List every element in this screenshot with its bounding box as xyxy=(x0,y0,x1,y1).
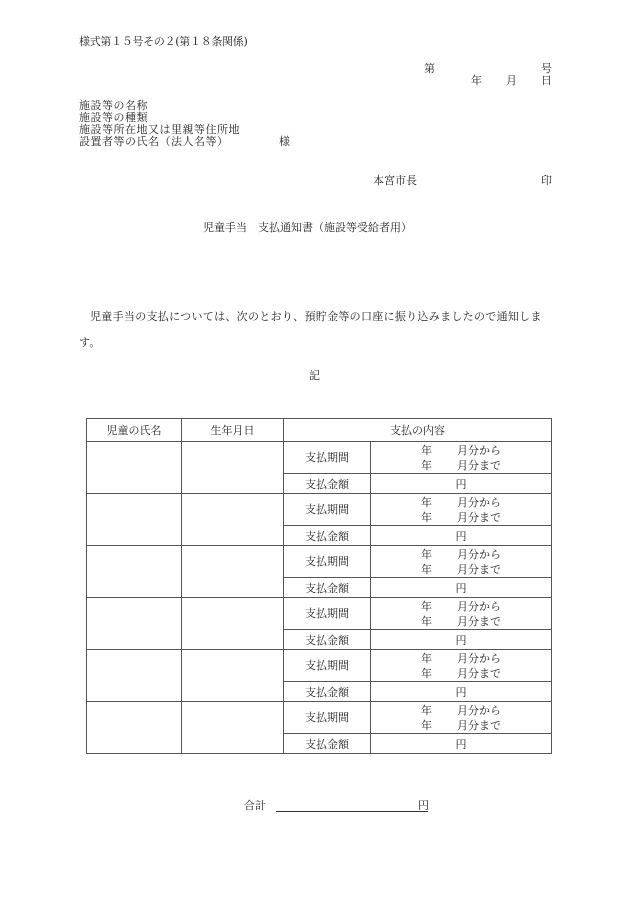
period-label: 支払期間 xyxy=(284,598,371,630)
period-from-month: 月分から xyxy=(457,652,501,665)
period-from-year: 年 xyxy=(421,547,457,562)
period-value-cell[interactable]: 年月分から年月分まで xyxy=(371,598,552,630)
header-birth-date: 生年月日 xyxy=(182,419,284,442)
period-label: 支払期間 xyxy=(284,442,371,474)
date-month: 月 xyxy=(506,75,517,86)
period-value-cell[interactable]: 年月分から年月分まで xyxy=(371,442,552,474)
period-label: 支払期間 xyxy=(284,494,371,526)
amount-value-cell[interactable]: 円 xyxy=(371,526,552,546)
period-to-year: 年 xyxy=(421,458,457,473)
form-number: 様式第１５号その２(第１８条関係) xyxy=(79,36,247,47)
child-name-cell[interactable] xyxy=(87,494,182,546)
period-to-month: 月分まで xyxy=(457,615,501,628)
total-amount-field[interactable] xyxy=(276,811,428,812)
period-label: 支払期間 xyxy=(284,702,371,734)
period-from-month: 月分から xyxy=(457,496,501,509)
amount-label: 支払金額 xyxy=(284,682,371,702)
child-name-cell[interactable] xyxy=(87,442,182,494)
table-header-row: 児童の氏名 生年月日 支払の内容 xyxy=(87,419,552,442)
amount-label: 支払金額 xyxy=(284,578,371,598)
period-to-year: 年 xyxy=(421,718,457,733)
document-title: 児童手当 支払通知書（施設等受給者用） xyxy=(203,222,412,233)
period-from-year: 年 xyxy=(421,651,457,666)
birth-date-cell[interactable] xyxy=(182,494,284,546)
birth-date-cell[interactable] xyxy=(182,598,284,650)
header-child-name: 児童の氏名 xyxy=(87,419,182,442)
honorific: 様 xyxy=(279,136,290,147)
amount-value-cell[interactable]: 円 xyxy=(371,578,552,598)
child-name-cell[interactable] xyxy=(87,702,182,754)
period-from-month: 月分から xyxy=(457,704,501,717)
date-day: 日 xyxy=(541,75,552,86)
sender-title: 本宮市長 xyxy=(373,175,417,186)
period-to-month: 月分まで xyxy=(457,511,501,524)
date-year: 年 xyxy=(471,75,482,86)
table-row: 支払期間年月分から年月分まで xyxy=(87,650,552,682)
child-name-cell[interactable] xyxy=(87,598,182,650)
period-to-month: 月分まで xyxy=(457,667,501,680)
amount-value-cell[interactable]: 円 xyxy=(371,630,552,650)
ki-heading: 記 xyxy=(309,370,320,381)
birth-date-cell[interactable] xyxy=(182,546,284,598)
total-label: 合計 xyxy=(244,800,266,811)
period-from-year: 年 xyxy=(421,443,457,458)
child-name-cell[interactable] xyxy=(87,650,182,702)
period-to-month: 月分まで xyxy=(457,459,501,472)
birth-date-cell[interactable] xyxy=(182,442,284,494)
period-to-month: 月分まで xyxy=(457,563,501,576)
period-from-year: 年 xyxy=(421,495,457,510)
period-label: 支払期間 xyxy=(284,650,371,682)
period-to-month: 月分まで xyxy=(457,719,501,732)
period-to-year: 年 xyxy=(421,562,457,577)
period-to-year: 年 xyxy=(421,666,457,681)
period-from-month: 月分から xyxy=(457,600,501,613)
amount-label: 支払金額 xyxy=(284,526,371,546)
period-from-year: 年 xyxy=(421,703,457,718)
total-unit: 円 xyxy=(418,800,429,811)
header-payment-details: 支払の内容 xyxy=(284,419,552,442)
recipient-block: 施設等の名称 施設等の種類 施設等所在地又は里親等住所地 設置者等の氏名（法人名… xyxy=(79,100,240,148)
period-from-month: 月分から xyxy=(457,548,501,561)
amount-label: 支払金額 xyxy=(284,630,371,650)
birth-date-cell[interactable] xyxy=(182,702,284,754)
period-from-month: 月分から xyxy=(457,444,501,457)
period-value-cell[interactable]: 年月分から年月分まで xyxy=(371,546,552,578)
period-label: 支払期間 xyxy=(284,546,371,578)
period-value-cell[interactable]: 年月分から年月分まで xyxy=(371,702,552,734)
seal-mark: 印 xyxy=(541,175,552,186)
amount-label: 支払金額 xyxy=(284,734,371,754)
document-number-suffix: 号 xyxy=(541,63,552,74)
table-row: 支払期間年月分から年月分まで xyxy=(87,494,552,526)
period-from-year: 年 xyxy=(421,599,457,614)
period-to-year: 年 xyxy=(421,510,457,525)
table-row: 支払期間年月分から年月分まで xyxy=(87,546,552,578)
period-value-cell[interactable]: 年月分から年月分まで xyxy=(371,650,552,682)
amount-value-cell[interactable]: 円 xyxy=(371,682,552,702)
body-text: 児童手当の支払については、次のとおり、預貯金等の口座に振り込みましたので通知しま… xyxy=(79,304,559,356)
table-row: 支払期間年月分から年月分まで xyxy=(87,702,552,734)
child-name-cell[interactable] xyxy=(87,546,182,598)
table-row: 支払期間年月分から年月分まで xyxy=(87,598,552,630)
birth-date-cell[interactable] xyxy=(182,650,284,702)
amount-value-cell[interactable]: 円 xyxy=(371,474,552,494)
amount-label: 支払金額 xyxy=(284,474,371,494)
document-number-prefix: 第 xyxy=(424,63,435,74)
operator-name-label: 設置者等の氏名（法人名等） xyxy=(79,136,240,148)
payment-table: 児童の氏名 生年月日 支払の内容 支払期間年月分から年月分まで支払金額円支払期間… xyxy=(86,418,552,754)
period-value-cell[interactable]: 年月分から年月分まで xyxy=(371,494,552,526)
period-to-year: 年 xyxy=(421,614,457,629)
amount-value-cell[interactable]: 円 xyxy=(371,734,552,754)
table-row: 支払期間年月分から年月分まで xyxy=(87,442,552,474)
